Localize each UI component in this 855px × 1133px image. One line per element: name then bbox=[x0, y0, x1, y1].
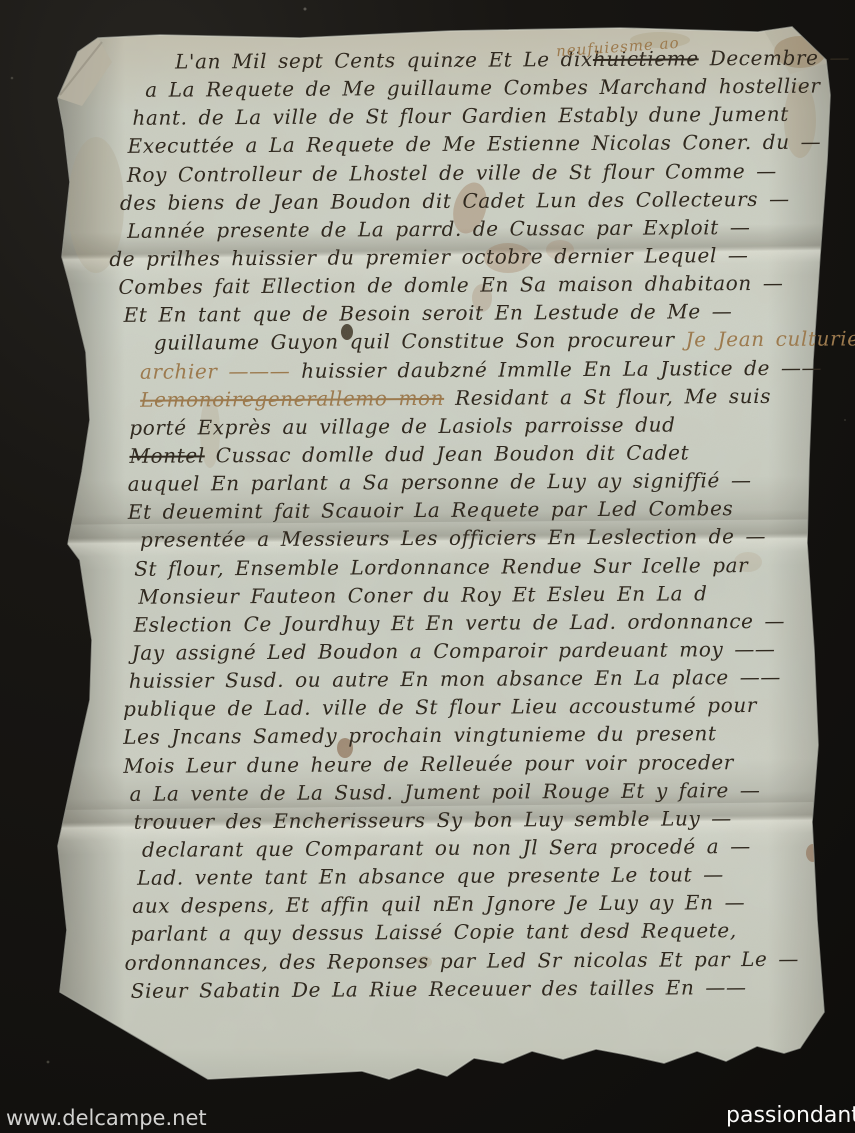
manuscript-line: hant. de La ville de St flour Gardien Es… bbox=[132, 100, 855, 133]
manuscript-segment: Les Jncans Samedy prochain vingtunieme d… bbox=[123, 722, 717, 750]
manuscript-segment: Eslection Ce Jourdhuy Et En vertu de Lad… bbox=[133, 609, 785, 637]
manuscript-line: trouuer des Encherisseurs Sy bon Luy sem… bbox=[134, 803, 855, 836]
manuscript-segment: Lemonoiregenerallemo mon bbox=[140, 386, 444, 412]
manuscript-segment: guillaume Guyon quil Constitue Son procu… bbox=[154, 328, 686, 355]
manuscript-segment: Et deuemint fait Scauoir La Requete par … bbox=[128, 496, 734, 524]
manuscript-line: Montel Cussac domlle dud Jean Boudon dit… bbox=[129, 437, 855, 470]
manuscript-segment: Et En tant que de Besoin seroit En Lestu… bbox=[124, 299, 733, 327]
manuscript-line: de prilhes huissier du premier octobre d… bbox=[109, 240, 855, 273]
manuscript-line: Les Jncans Samedy prochain vingtunieme d… bbox=[123, 719, 855, 752]
manuscript-segment: huissier daubzné Immlle En La Justice de… bbox=[290, 355, 822, 382]
manuscript-line: huissier Susd. ou autre En mon absance E… bbox=[129, 662, 855, 695]
manuscript-line: Monsieur Fauteon Coner du Roy Et Esleu E… bbox=[138, 578, 855, 611]
manuscript-line: Roy Controlleur de Lhostel de ville de S… bbox=[127, 156, 855, 189]
manuscript-line: Sieur Sabatin De La Riue Receuuer des ta… bbox=[131, 972, 855, 1005]
manuscript-segment: Mois Leur dune heure de Relleuée pour vo… bbox=[123, 750, 734, 778]
manuscript-segment: Combes fait Ellection de domle En Sa mai… bbox=[118, 271, 783, 299]
manuscript-line: publique de Lad. ville de St flour Lieu … bbox=[123, 691, 855, 724]
manuscript-segment: Monsieur Fauteon Coner du Roy Et Esleu E… bbox=[138, 581, 707, 608]
manuscript-segment: trouuer des Encherisseurs Sy bon Luy sem… bbox=[134, 806, 732, 834]
manuscript-line: Lannée presente de La parrd. de Cussac p… bbox=[127, 212, 855, 245]
manuscript-line: aux despens, Et affin quil nEn Jgnore Je… bbox=[132, 888, 855, 921]
manuscript-line: St flour, Ensemble Lordonnance Rendue Su… bbox=[134, 550, 855, 583]
watermark-passiondantan: passiondantan bbox=[726, 1103, 855, 1128]
manuscript-segment: de prilhes huissier du premier octobre d… bbox=[109, 243, 748, 271]
manuscript-segment: des biens de Jean Boudon dit Cadet Lun d… bbox=[120, 186, 790, 214]
manuscript-segment: Jay assigné Led Boudon a Comparoir parde… bbox=[132, 637, 776, 665]
manuscript-line: des biens de Jean Boudon dit Cadet Lun d… bbox=[120, 184, 855, 217]
manuscript-segment: archier ——— bbox=[140, 358, 290, 383]
photo-stage: L'an Mil sept Cents quinze Et Le dixhuic… bbox=[0, 0, 855, 1133]
manuscript-line: ordonnances, des Reponses par Led Sr nic… bbox=[125, 944, 855, 977]
manuscript-segment: aux despens, Et affin quil nEn Jgnore Je… bbox=[132, 890, 745, 918]
manuscript-line: declarant que Comparant ou non Jl Sera p… bbox=[142, 831, 855, 864]
manuscript-text: L'an Mil sept Cents quinze Et Le dixhuic… bbox=[0, 43, 855, 1005]
manuscript-segment: Lannée presente de La parrd. de Cussac p… bbox=[127, 215, 750, 243]
manuscript-line: Combes fait Ellection de domle En Sa mai… bbox=[118, 269, 855, 302]
manuscript-line: Et deuemint fait Scauoir La Requete par … bbox=[128, 494, 855, 527]
manuscript-segment: Roy Controlleur de Lhostel de ville de S… bbox=[127, 158, 777, 186]
manuscript-line: a La Requete de Me guillaume Combes Marc… bbox=[145, 72, 855, 104]
watermark-delcampe: www.delcampe.net bbox=[6, 1106, 207, 1130]
manuscript-line: guillaume Guyon quil Constitue Son procu… bbox=[154, 325, 855, 357]
manuscript-line: a La vente de La Susd. Jument poil Rouge… bbox=[129, 775, 855, 808]
manuscript-segment: declarant que Comparant ou non Jl Sera p… bbox=[142, 834, 751, 862]
manuscript-line: porté Exprès au village de Lasiols parro… bbox=[129, 409, 855, 442]
manuscript-segment: Residant a St flour, Me suis bbox=[444, 384, 771, 410]
manuscript-line: presentée a Messieurs Les officiers En L… bbox=[140, 522, 855, 555]
manuscript-segment: publique de Lad. ville de St flour Lieu … bbox=[123, 693, 757, 721]
manuscript-segment: a La Requete de Me guillaume Combes Marc… bbox=[145, 74, 820, 102]
manuscript-segment: Executtée a La Requete de Me Estienne Ni… bbox=[128, 130, 822, 158]
manuscript-line: Jay assigné Led Boudon a Comparoir parde… bbox=[132, 634, 855, 667]
manuscript-line: auquel En parlant a Sa personne de Luy a… bbox=[128, 465, 855, 498]
manuscript-segment: L'an Mil sept Cents quinze Et Le dix bbox=[175, 47, 593, 74]
manuscript-line: L'an Mil sept Cents quinze Et Le dixhuic… bbox=[175, 43, 855, 75]
manuscript-segment: auquel En parlant a Sa personne de Luy a… bbox=[128, 468, 752, 496]
manuscript-line: Eslection Ce Jourdhuy Et En vertu de Lad… bbox=[133, 606, 855, 639]
manuscript-segment: huissier Susd. ou autre En mon absance E… bbox=[129, 665, 781, 693]
manuscript-segment: Lad. vente tant En absance que presente … bbox=[137, 862, 724, 890]
manuscript-segment: Je Jean culturier bbox=[686, 327, 855, 352]
manuscript-line: Mois Leur dune heure de Relleuée pour vo… bbox=[123, 747, 855, 780]
manuscript-line: Et En tant que de Besoin seroit En Lestu… bbox=[124, 297, 855, 330]
manuscript-segment: a La vente de La Susd. Jument poil Rouge… bbox=[129, 778, 760, 806]
manuscript-line: Lad. vente tant En absance que presente … bbox=[137, 859, 855, 892]
manuscript-segment: Sieur Sabatin De La Riue Receuuer des ta… bbox=[131, 975, 747, 1003]
manuscript-segment: Decembre — bbox=[699, 45, 851, 70]
manuscript-segment: porté Exprès au village de Lasiols parro… bbox=[129, 412, 675, 439]
manuscript-segment: ordonnances, des Reponses par Led Sr nic… bbox=[125, 946, 799, 974]
manuscript-segment: hant. de La ville de St flour Gardien Es… bbox=[132, 102, 789, 130]
manuscript-line: archier ——— huissier daubzné Immlle En L… bbox=[140, 353, 855, 386]
manuscript-segment: Cussac domlle dud Jean Boudon dit Cadet bbox=[205, 440, 690, 467]
manuscript-segment: presentée a Messieurs Les officiers En L… bbox=[140, 524, 766, 552]
manuscript-segment: Montel bbox=[129, 443, 204, 467]
manuscript-line: Lemonoiregenerallemo mon Residant a St f… bbox=[140, 381, 855, 414]
manuscript-line: parlant a quy dessus Laissé Copie tant d… bbox=[130, 916, 855, 949]
manuscript-segment: St flour, Ensemble Lordonnance Rendue Su… bbox=[134, 553, 748, 581]
manuscript-segment: parlant a quy dessus Laissé Copie tant d… bbox=[130, 918, 737, 946]
manuscript-line: Executtée a La Requete de Me Estienne Ni… bbox=[128, 128, 855, 161]
